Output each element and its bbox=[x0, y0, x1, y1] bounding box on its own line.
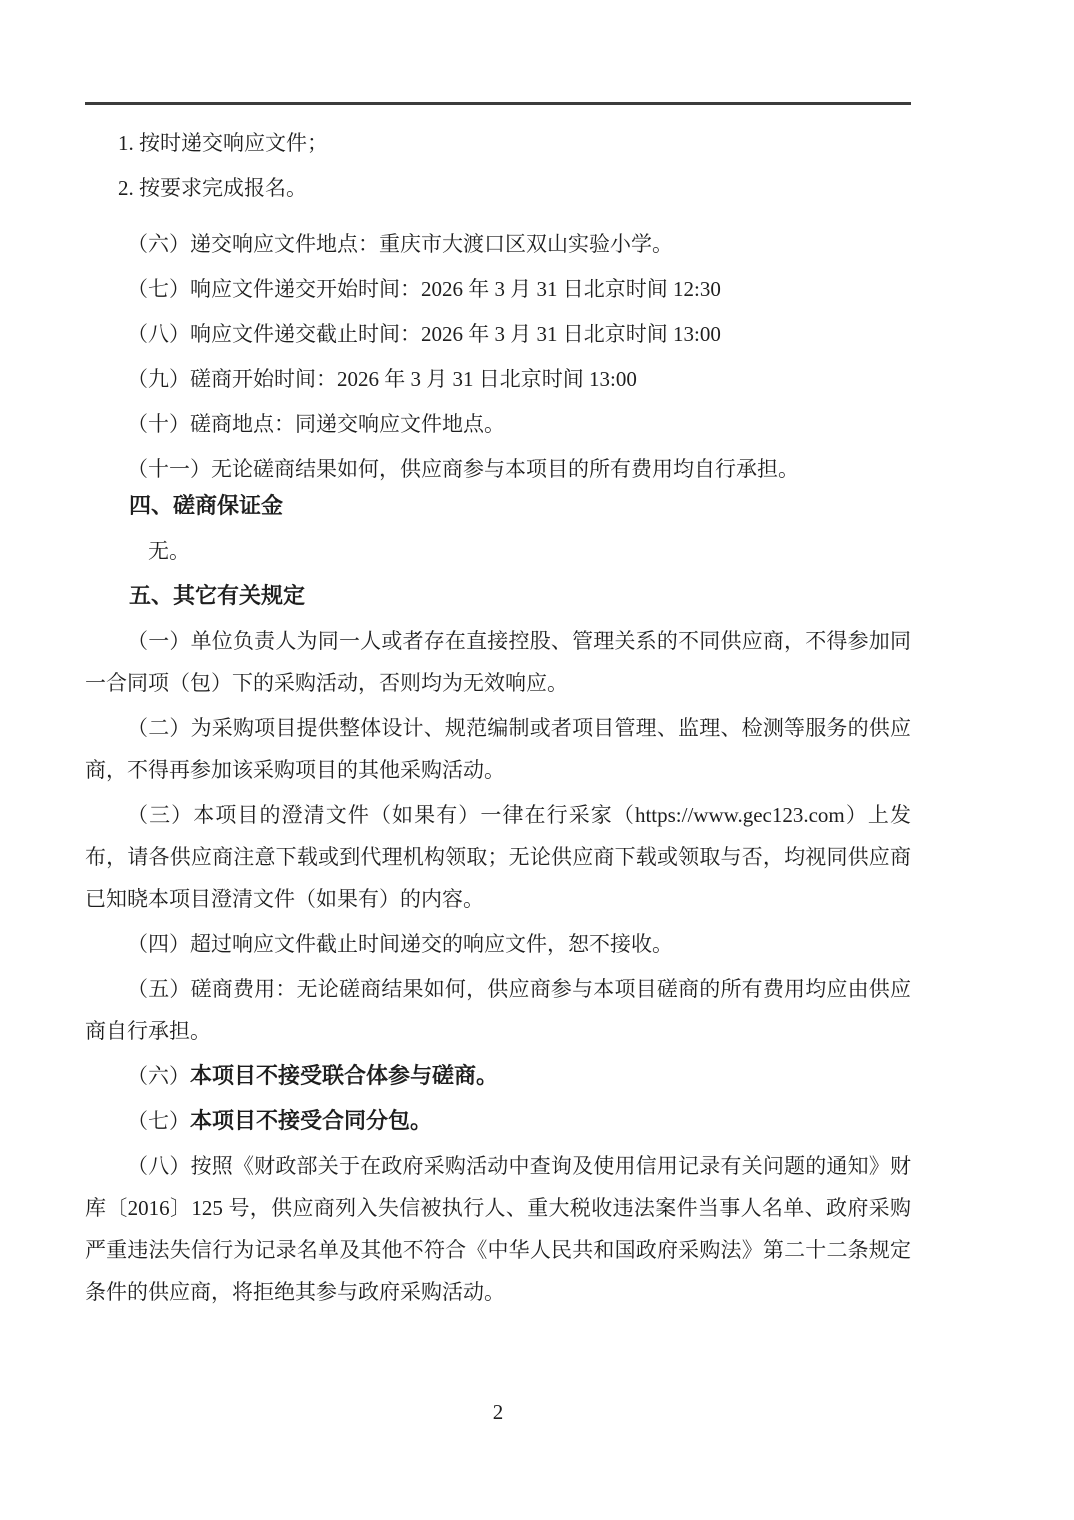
clause-item: （六）递交响应文件地点：重庆市大渡口区双山实验小学。 bbox=[85, 223, 911, 265]
clause-item: （八）按照《财政部关于在政府采购活动中查询及使用信用记录有关问题的通知》财库〔2… bbox=[85, 1145, 911, 1313]
clause-bold-text: 本项目不接受联合体参与磋商。 bbox=[190, 1063, 498, 1088]
numbered-item: 1. 按时递交响应文件； bbox=[85, 122, 911, 164]
clause-item: （九）磋商开始时间：2026 年 3 月 31 日北京时间 13:00 bbox=[85, 358, 911, 400]
document-body: 1. 按时递交响应文件； 2. 按要求完成报名。 （六）递交响应文件地点：重庆市… bbox=[85, 119, 911, 1316]
clause-item: （十）磋商地点：同递交响应文件地点。 bbox=[85, 403, 911, 445]
document-page: 1. 按时递交响应文件； 2. 按要求完成报名。 （六）递交响应文件地点：重庆市… bbox=[0, 0, 1074, 1520]
clause-item: （七）响应文件递交开始时间：2026 年 3 月 31 日北京时间 12:30 bbox=[85, 268, 911, 310]
clause-bold-text: 本项目不接受合同分包。 bbox=[190, 1108, 432, 1133]
plain-paragraph: 无。 bbox=[85, 530, 911, 572]
clause-item: （五）磋商费用：无论磋商结果如何，供应商参与本项目磋商的所有费用均应由供应商自行… bbox=[85, 968, 911, 1052]
page-number: 2 bbox=[85, 1399, 911, 1425]
bold-clause: （六）本项目不接受联合体参与磋商。 bbox=[85, 1055, 911, 1097]
clause-number: （六） bbox=[127, 1064, 190, 1088]
bold-clause: （七）本项目不接受合同分包。 bbox=[85, 1100, 911, 1142]
clause-item: （八）响应文件递交截止时间：2026 年 3 月 31 日北京时间 13:00 bbox=[85, 313, 911, 355]
clause-item: （十一）无论磋商结果如何，供应商参与本项目的所有费用均自行承担。 bbox=[85, 448, 911, 490]
numbered-item: 2. 按要求完成报名。 bbox=[85, 167, 911, 209]
section-heading: 五、其它有关规定 bbox=[85, 575, 911, 617]
clause-item: （三）本项目的澄清文件（如果有）一律在行采家（https://www.gec12… bbox=[85, 794, 911, 920]
clause-number: （七） bbox=[127, 1109, 190, 1133]
clause-item: （一）单位负责人为同一人或者存在直接控股、管理关系的不同供应商，不得参加同一合同… bbox=[85, 620, 911, 704]
header-rule bbox=[85, 102, 911, 105]
clause-item: （四）超过响应文件截止时间递交的响应文件，恕不接收。 bbox=[85, 923, 911, 965]
clause-item: （二）为采购项目提供整体设计、规范编制或者项目管理、监理、检测等服务的供应商，不… bbox=[85, 707, 911, 791]
section-heading: 四、磋商保证金 bbox=[85, 485, 911, 527]
